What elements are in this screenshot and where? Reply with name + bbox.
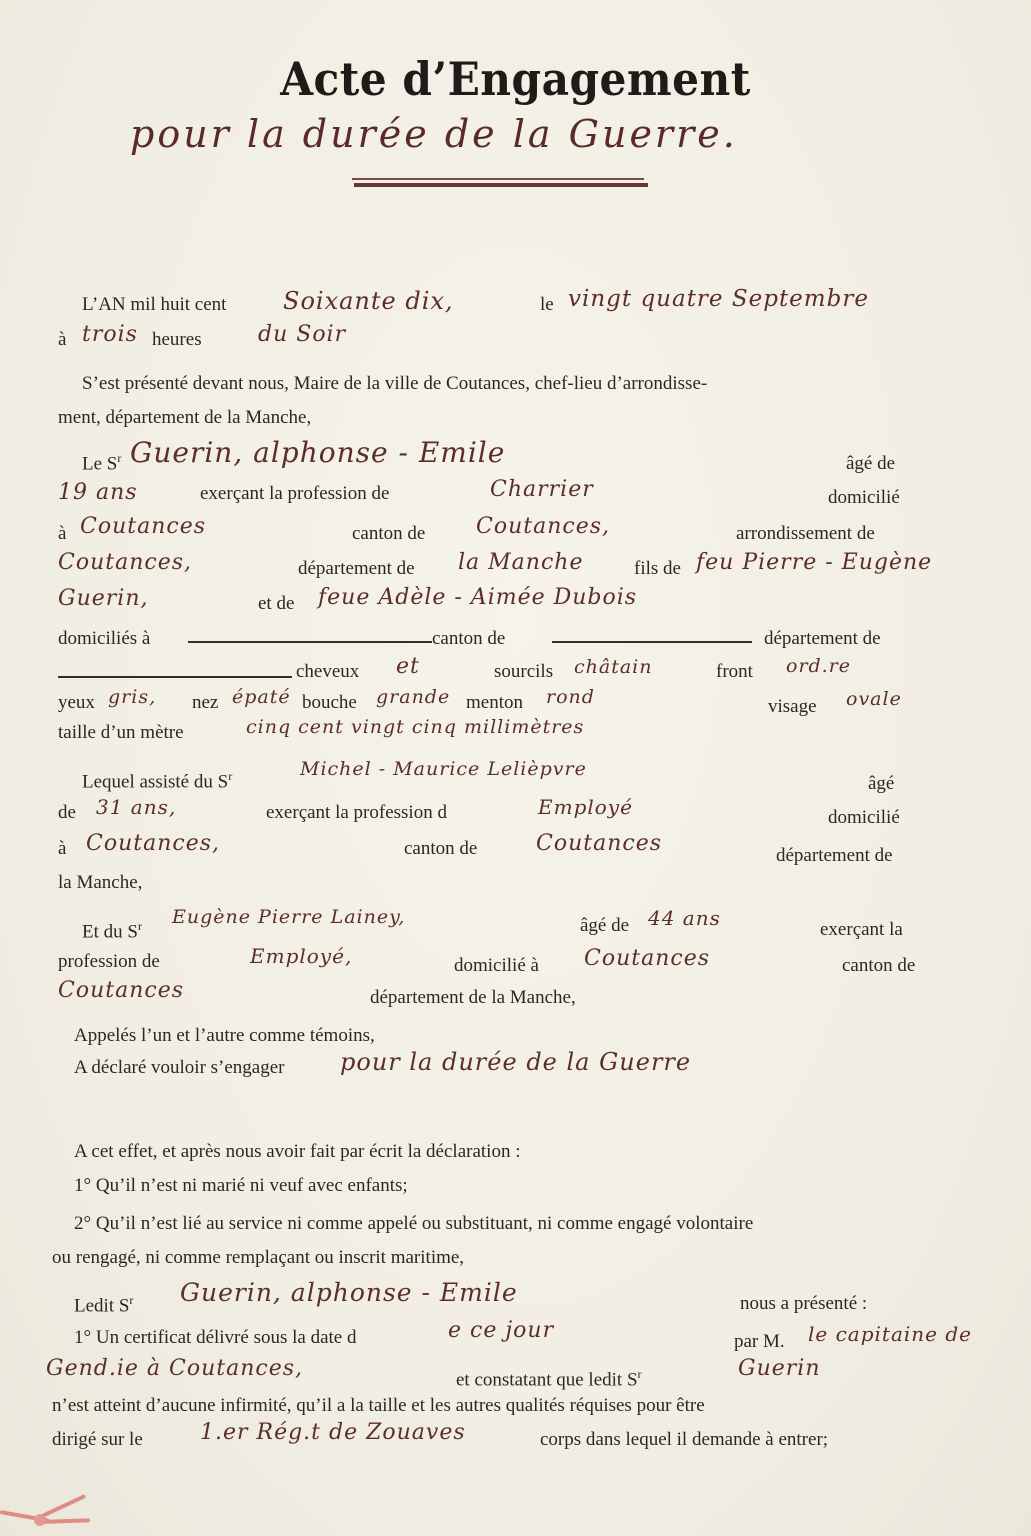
yeux-label: yeux: [58, 691, 95, 715]
date-le: le: [540, 293, 554, 317]
front-label: front: [716, 660, 753, 684]
taille-value: cinq cent vingt cinq millimètres: [246, 716, 584, 738]
temoin2-name: Eugène Pierre Lainey,: [172, 906, 405, 928]
regiment-value: 1.er Rég.t de Zouaves: [200, 1420, 466, 1445]
temoin1-de: de: [58, 801, 76, 825]
temoin1-departement-label: département de: [776, 844, 893, 868]
temoin2-canton-label: canton de: [842, 954, 915, 978]
binding-cord-end-1: [39, 1494, 86, 1519]
nez-value: épaté: [232, 686, 291, 708]
certificat-date: e ce jour: [448, 1318, 554, 1343]
temoin1-age: 31 ans,: [96, 795, 176, 819]
age-de-label: âgé de: [846, 452, 895, 476]
parents-canton-label: canton de: [432, 627, 505, 651]
temoin2-domicilie: domicilié à: [454, 954, 539, 978]
declaration-item-1: 1° Qu’il n’est ni marié ni veuf avec enf…: [74, 1174, 408, 1198]
date-label: L’AN mil huit cent: [82, 293, 226, 317]
engage-canton: Coutances,: [476, 514, 610, 539]
handwritten-subtitle: pour la durée de la Guerre.: [130, 112, 738, 156]
declaration-item-2b: ou rengagé, ni comme remplaçant ou inscr…: [52, 1246, 464, 1270]
domicilies-blank: [188, 641, 432, 643]
engage-ville: Coutances: [80, 514, 206, 539]
temoin1-age-label: âgé: [868, 772, 894, 796]
a-label: à: [58, 522, 66, 546]
visage-value: ovale: [846, 688, 902, 710]
time-of-day-handwritten: du Soir: [258, 322, 346, 347]
certificat-autorite-2: Gend.ie à Coutances,: [46, 1356, 303, 1381]
document-title: Acte d’Engagement: [41, 52, 990, 106]
sourcils-label: sourcils: [494, 660, 553, 684]
constatant-label: et constatant que ledit Sr: [456, 1362, 642, 1392]
dirige-label: dirigé sur le: [52, 1428, 143, 1452]
temoin1-profession: Employé: [538, 795, 633, 819]
temoin1-domicilie: domicilié: [828, 806, 900, 830]
day-month-handwritten: vingt quatre Septembre: [568, 286, 869, 312]
temoin2-canton: Coutances: [58, 978, 184, 1003]
temoin2-departement: département de la Manche,: [370, 986, 576, 1010]
a-cet-effet: A cet effet, et après nous avoir fait pa…: [74, 1140, 520, 1164]
menton-label: menton: [466, 691, 523, 715]
domicilies-label: domiciliés à: [58, 627, 150, 651]
arrondissement-label: arrondissement de: [736, 522, 875, 546]
temoin2-ville: Coutances: [584, 946, 710, 971]
engage-mere: feue Adèle - Aimée Dubois: [318, 585, 637, 610]
temoin1-ville: Coutances,: [86, 831, 220, 856]
engage-name: Guerin, alphonse - Emile: [130, 436, 505, 469]
temoin2-exercant: exerçant la: [820, 918, 903, 942]
ledit-label: Ledit Sr: [74, 1288, 133, 1318]
sourcils-value: châtain: [574, 656, 652, 678]
canton-label: canton de: [352, 522, 425, 546]
bouche-label: bouche: [302, 691, 357, 715]
departement-label: département de: [298, 557, 415, 581]
presente-label: nous a présenté :: [740, 1292, 867, 1316]
engage-age: 19 ans: [58, 480, 138, 505]
engage-arrondissement: Coutances,: [58, 550, 192, 575]
temoin2-age: 44 ans: [648, 906, 721, 930]
hour-handwritten: trois: [82, 322, 138, 347]
et-de-label: et de: [258, 592, 294, 616]
le-sr-label: Le Sr: [82, 446, 121, 476]
ledit-name: Guerin, alphonse - Emile: [180, 1278, 518, 1307]
certificat-autorite: le capitaine de: [808, 1322, 972, 1346]
declare-duree: pour la durée de la Guerre: [340, 1048, 691, 1076]
binding-knot: [34, 1514, 46, 1526]
visage-label: visage: [768, 695, 817, 719]
nez-label: nez: [192, 691, 218, 715]
engage-departement: la Manche: [458, 550, 583, 575]
menton-value: rond: [546, 686, 595, 708]
date-a: à: [58, 328, 66, 352]
front-value: ord.re: [786, 655, 851, 677]
constatant-nom: Guerin: [738, 1356, 820, 1381]
appeles-temoins: Appelés l’un et l’autre comme témoins,: [74, 1024, 375, 1048]
engage-pere-nom: Guerin,: [58, 586, 148, 611]
engage-pere: feu Pierre - Eugène: [696, 550, 932, 575]
fils-de-label: fils de: [634, 557, 681, 581]
temoin1-departement: la Manche,: [58, 871, 142, 895]
engage-profession: Charrier: [490, 477, 594, 502]
temoin1-intro: Lequel assisté du Sr: [82, 764, 232, 794]
binding-cord-end-2: [40, 1518, 90, 1524]
certificat-line: 1° Un certificat délivré sous la date d: [74, 1326, 356, 1350]
presence-line-1: S’est présenté devant nous, Maire de la …: [82, 372, 707, 396]
profession-label: exerçant la profession de: [200, 482, 389, 506]
parents-canton-blank: [552, 641, 752, 643]
temoin1-a: à: [58, 837, 66, 861]
temoin1-canton-label: canton de: [404, 837, 477, 861]
cheveux-label: cheveux: [296, 660, 359, 684]
year-handwritten: Soixante dix,: [283, 287, 454, 315]
temoin2-profession: Employé,: [250, 944, 352, 968]
title-rule-thin: [352, 178, 644, 180]
temoin2-intro: Et du Sr: [82, 914, 142, 944]
domicilie-label: domicilié: [828, 486, 900, 510]
temoin1-name: Michel - Maurice Lelièpvre: [300, 758, 587, 780]
temoin1-exercant: exerçant la profession d: [266, 801, 447, 825]
declare-engager: A déclaré vouloir s’engager: [74, 1056, 285, 1080]
yeux-value: gris,: [108, 686, 156, 708]
cheveux-value: et: [396, 654, 420, 679]
temoin1-canton: Coutances: [536, 831, 662, 856]
parents-departement-label: département de: [764, 627, 881, 651]
infirmite-line: n’est atteint d’aucune infirmité, qu’il …: [52, 1394, 705, 1418]
par-m-label: par M.: [734, 1330, 785, 1354]
temoin2-age-label: âgé de: [580, 914, 629, 938]
title-rule-thick: [354, 183, 648, 187]
declaration-item-2a: 2° Qu’il n’est lié au service ni comme a…: [74, 1212, 753, 1236]
bouche-value: grande: [376, 686, 450, 708]
temoin2-profession-label: profession de: [58, 950, 160, 974]
corps-line: corps dans lequel il demande à entrer;: [540, 1428, 828, 1452]
departement-blank: [58, 676, 292, 678]
date-heures: heures: [152, 328, 202, 352]
presence-line-2: ment, département de la Manche,: [58, 406, 311, 430]
document-page: Acte d’Engagement pour la durée de la Gu…: [0, 0, 1031, 1536]
taille-label: taille d’un mètre: [58, 721, 184, 745]
